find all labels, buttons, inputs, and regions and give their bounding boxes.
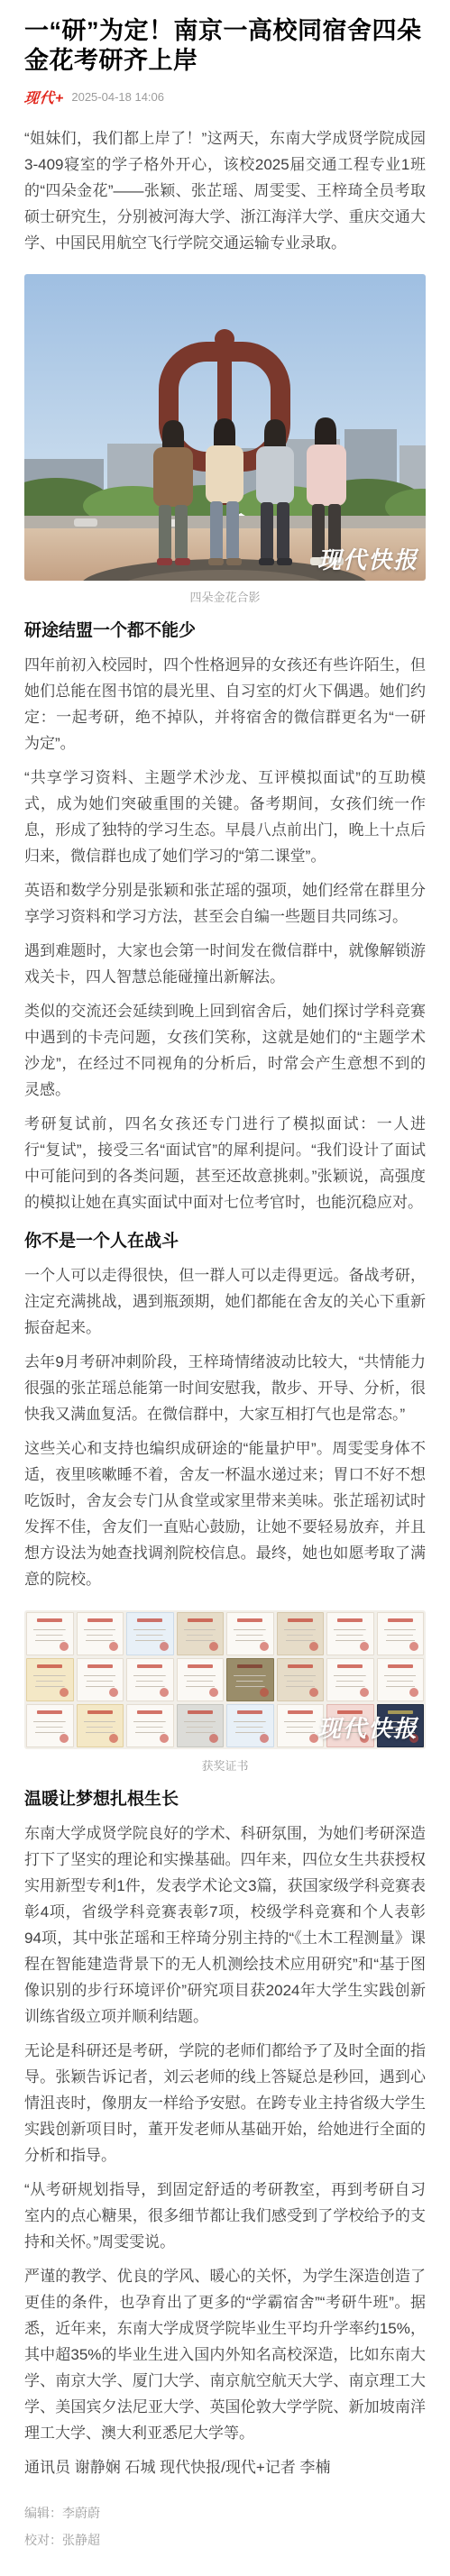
hero-photo-illustration — [24, 274, 426, 581]
meta-row: 现代+ 2025-04-18 14:06 — [24, 87, 426, 107]
paragraph: 四年前初入校园时，四个性格迥异的女孩还有些许陌生，但她们总能在图书馆的晨光里、自… — [24, 652, 426, 756]
paragraph: 考研复试前，四名女孩还专门进行了模拟面试：一人进行“复试”，接受三名“面试官”的… — [24, 1111, 426, 1215]
paragraph: 这些关心和支持也编织成研途的“能量护甲”。周雯雯身体不适，夜里咳嗽睡不着，舍友一… — [24, 1435, 426, 1592]
certificate-thumb — [377, 1658, 425, 1701]
certificates-figure: 现代快报 获奖证书 — [24, 1610, 426, 1774]
byline: 通讯员 谢静娴 石城 现代快报/现代+记者 李楠 — [24, 2454, 426, 2480]
section-heading-1: 研途结盟一个都不能少 — [24, 619, 426, 642]
certificate-thumb — [126, 1704, 174, 1747]
paragraph: 无论是科研还是考研，学院的老师们都给予了及时全面的指导。张颖告诉记者，刘云老师的… — [24, 2038, 426, 2168]
certificate-thumb — [377, 1612, 425, 1655]
paragraph: 一个人可以走得很快，但一群人可以走得更远。备战考研，注定充满挑战，遇到瓶颈期，她… — [24, 1262, 426, 1341]
certificate-thumb — [177, 1612, 225, 1655]
paragraph: 类似的交流还会延续到晚上回到宿舍后，她们探讨学科竞赛中遇到的卡壳问题，女孩们笑称… — [24, 998, 426, 1103]
certificate-thumb — [126, 1658, 174, 1701]
certificate-thumb — [377, 1704, 425, 1747]
certificate-thumb — [177, 1658, 225, 1701]
certificate-thumb — [26, 1704, 74, 1747]
section-heading-2: 你不是一个人在战斗 — [24, 1230, 426, 1252]
intro-paragraph: “姐妹们，我们都上岸了！”这两天，东南大学成贤学院成园3-409寝室的学子格外开… — [24, 125, 426, 256]
certificate-thumb — [326, 1704, 374, 1747]
certificate-thumb — [326, 1612, 374, 1655]
certificate-thumb — [226, 1658, 274, 1701]
paragraph: 去年9月考研冲刺阶段，王梓琦情绪波动比较大，“共情能力很强的张芷瑶总能第一时间安… — [24, 1349, 426, 1427]
paragraph: 东南大学成贤学院良好的学术、科研氛围，为她们考研深造打下了坚实的理论和实操基础。… — [24, 1820, 426, 2030]
certificate-thumb — [277, 1704, 325, 1747]
paragraph: 严谨的教学、优良的学风、暖心的关怀，为学生深造创造了更佳的条件，也孕育出了更多的… — [24, 2263, 426, 2446]
paragraph: “共享学习资料、主题学术沙龙、互评模拟面试”的互助模式，成为她们突破重围的关键。… — [24, 765, 426, 869]
paragraph: 遇到难题时，大家也会第一时间发在微信群中，就像解锁游戏关卡，四人智慧总能碰撞出新… — [24, 938, 426, 990]
hero-photo[interactable]: 现代快报 — [24, 274, 426, 581]
paragraph: 英语和数学分别是张颖和张芷瑶的强项，她们经常在群里分享学习资料和学习方法，甚至会… — [24, 877, 426, 930]
certificate-thumb — [77, 1704, 124, 1747]
paragraph: “从考研规划指导，到固定舒适的考研教室，再到考研自习室内的点心糖果，很多细节都让… — [24, 2177, 426, 2255]
certificate-thumb — [277, 1658, 325, 1701]
certificate-thumb — [326, 1658, 374, 1701]
certificates-image[interactable]: 现代快报 — [24, 1610, 426, 1749]
certificate-thumb — [26, 1612, 74, 1655]
photo-caption: 四朵金花合影 — [24, 588, 426, 605]
certificate-thumb — [77, 1658, 124, 1701]
certificates-caption: 获奖证书 — [24, 1756, 426, 1774]
proofreader-line: 校对：张静超 — [24, 2531, 426, 2549]
modern-express-logo[interactable]: 现代+ — [23, 87, 66, 107]
certificate-thumb — [77, 1612, 124, 1655]
certificate-thumb — [277, 1612, 325, 1655]
article-page: 一“研”为定！南京一高校同宿舍四朵金花考研齐上岸 现代+ 2025-04-18 … — [0, 0, 450, 2576]
hero-photo-figure: 现代快报 四朵金花合影 — [24, 274, 426, 605]
certificate-thumb — [226, 1612, 274, 1655]
certificate-thumb — [126, 1612, 174, 1655]
editor-line: 编辑：李蔚蔚 — [24, 2504, 426, 2522]
publish-timestamp: 2025-04-18 14:06 — [71, 90, 164, 104]
certificate-thumb — [226, 1704, 274, 1747]
certificate-thumb — [177, 1704, 225, 1747]
certificate-thumb — [26, 1658, 74, 1701]
article-title: 一“研”为定！南京一高校同宿舍四朵金花考研齐上岸 — [24, 16, 426, 76]
section-heading-3: 温暖让梦想扎根生长 — [24, 1788, 426, 1811]
